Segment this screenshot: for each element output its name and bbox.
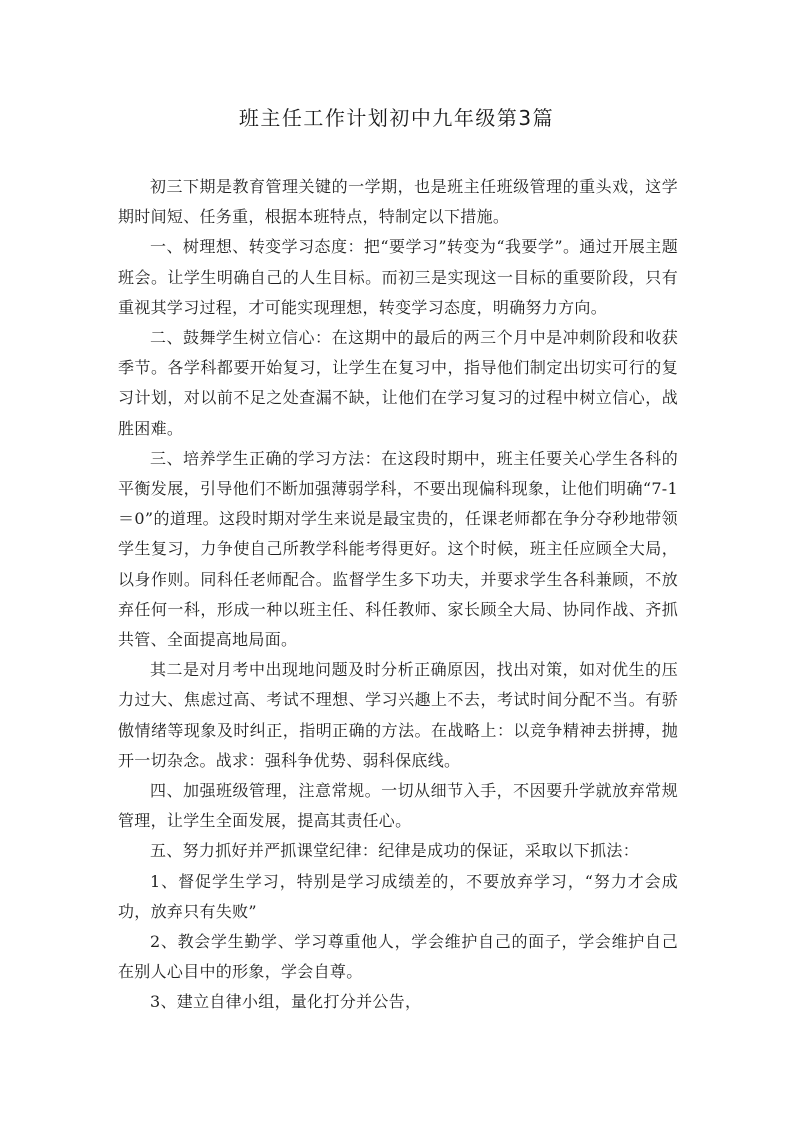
- paragraph-intro: 初三下期是教育管理关键的一学期，也是班主任班级管理的重头戏，这学期时间短、任务重…: [118, 172, 678, 232]
- document-page: 班主任工作计划初中九年级第3篇 初三下期是教育管理关键的一学期，也是班主任班级管…: [0, 0, 793, 1122]
- paragraph-section-3-part-2: 其二是对月考中出现地问题及时分析正确原因，找出对策，如对优生的压力过大、焦虑过高…: [118, 655, 678, 776]
- list-item-1: 1、督促学生学习，特别是学习成绩差的，不要放弃学习，“努力才会成功，放弃只有失败…: [118, 867, 678, 927]
- paragraph-section-5: 五、努力抓好并严抓课堂纪律：纪律是成功的保证，采取以下抓法：: [118, 836, 678, 866]
- paragraph-section-2: 二、鼓舞学生树立信心：在这期中的最后的两三个月中是冲刺阶段和收获季节。各学科都要…: [118, 323, 678, 444]
- document-body: 初三下期是教育管理关键的一学期，也是班主任班级管理的重头戏，这学期时间短、任务重…: [118, 172, 678, 1018]
- paragraph-section-4: 四、加强班级管理，注意常规。一切从细节入手，不因要升学就放弃常规管理，让学生全面…: [118, 776, 678, 836]
- list-item-2: 2、教会学生勤学、学习尊重他人，学会维护自己的面子，学会维护自己在别人心目中的形…: [118, 927, 678, 987]
- document-title: 班主任工作计划初中九年级第3篇: [0, 103, 793, 133]
- list-item-3: 3、建立自律小组，量化打分并公告，: [118, 987, 678, 1017]
- paragraph-section-1: 一、树理想、转变学习态度：把“要学习”转变为“我要学”。通过开展主题班会。让学生…: [118, 232, 678, 323]
- paragraph-section-3: 三、培养学生正确的学习方法：在这段时期中，班主任要关心学生各科的平衡发展，引导他…: [118, 444, 678, 655]
